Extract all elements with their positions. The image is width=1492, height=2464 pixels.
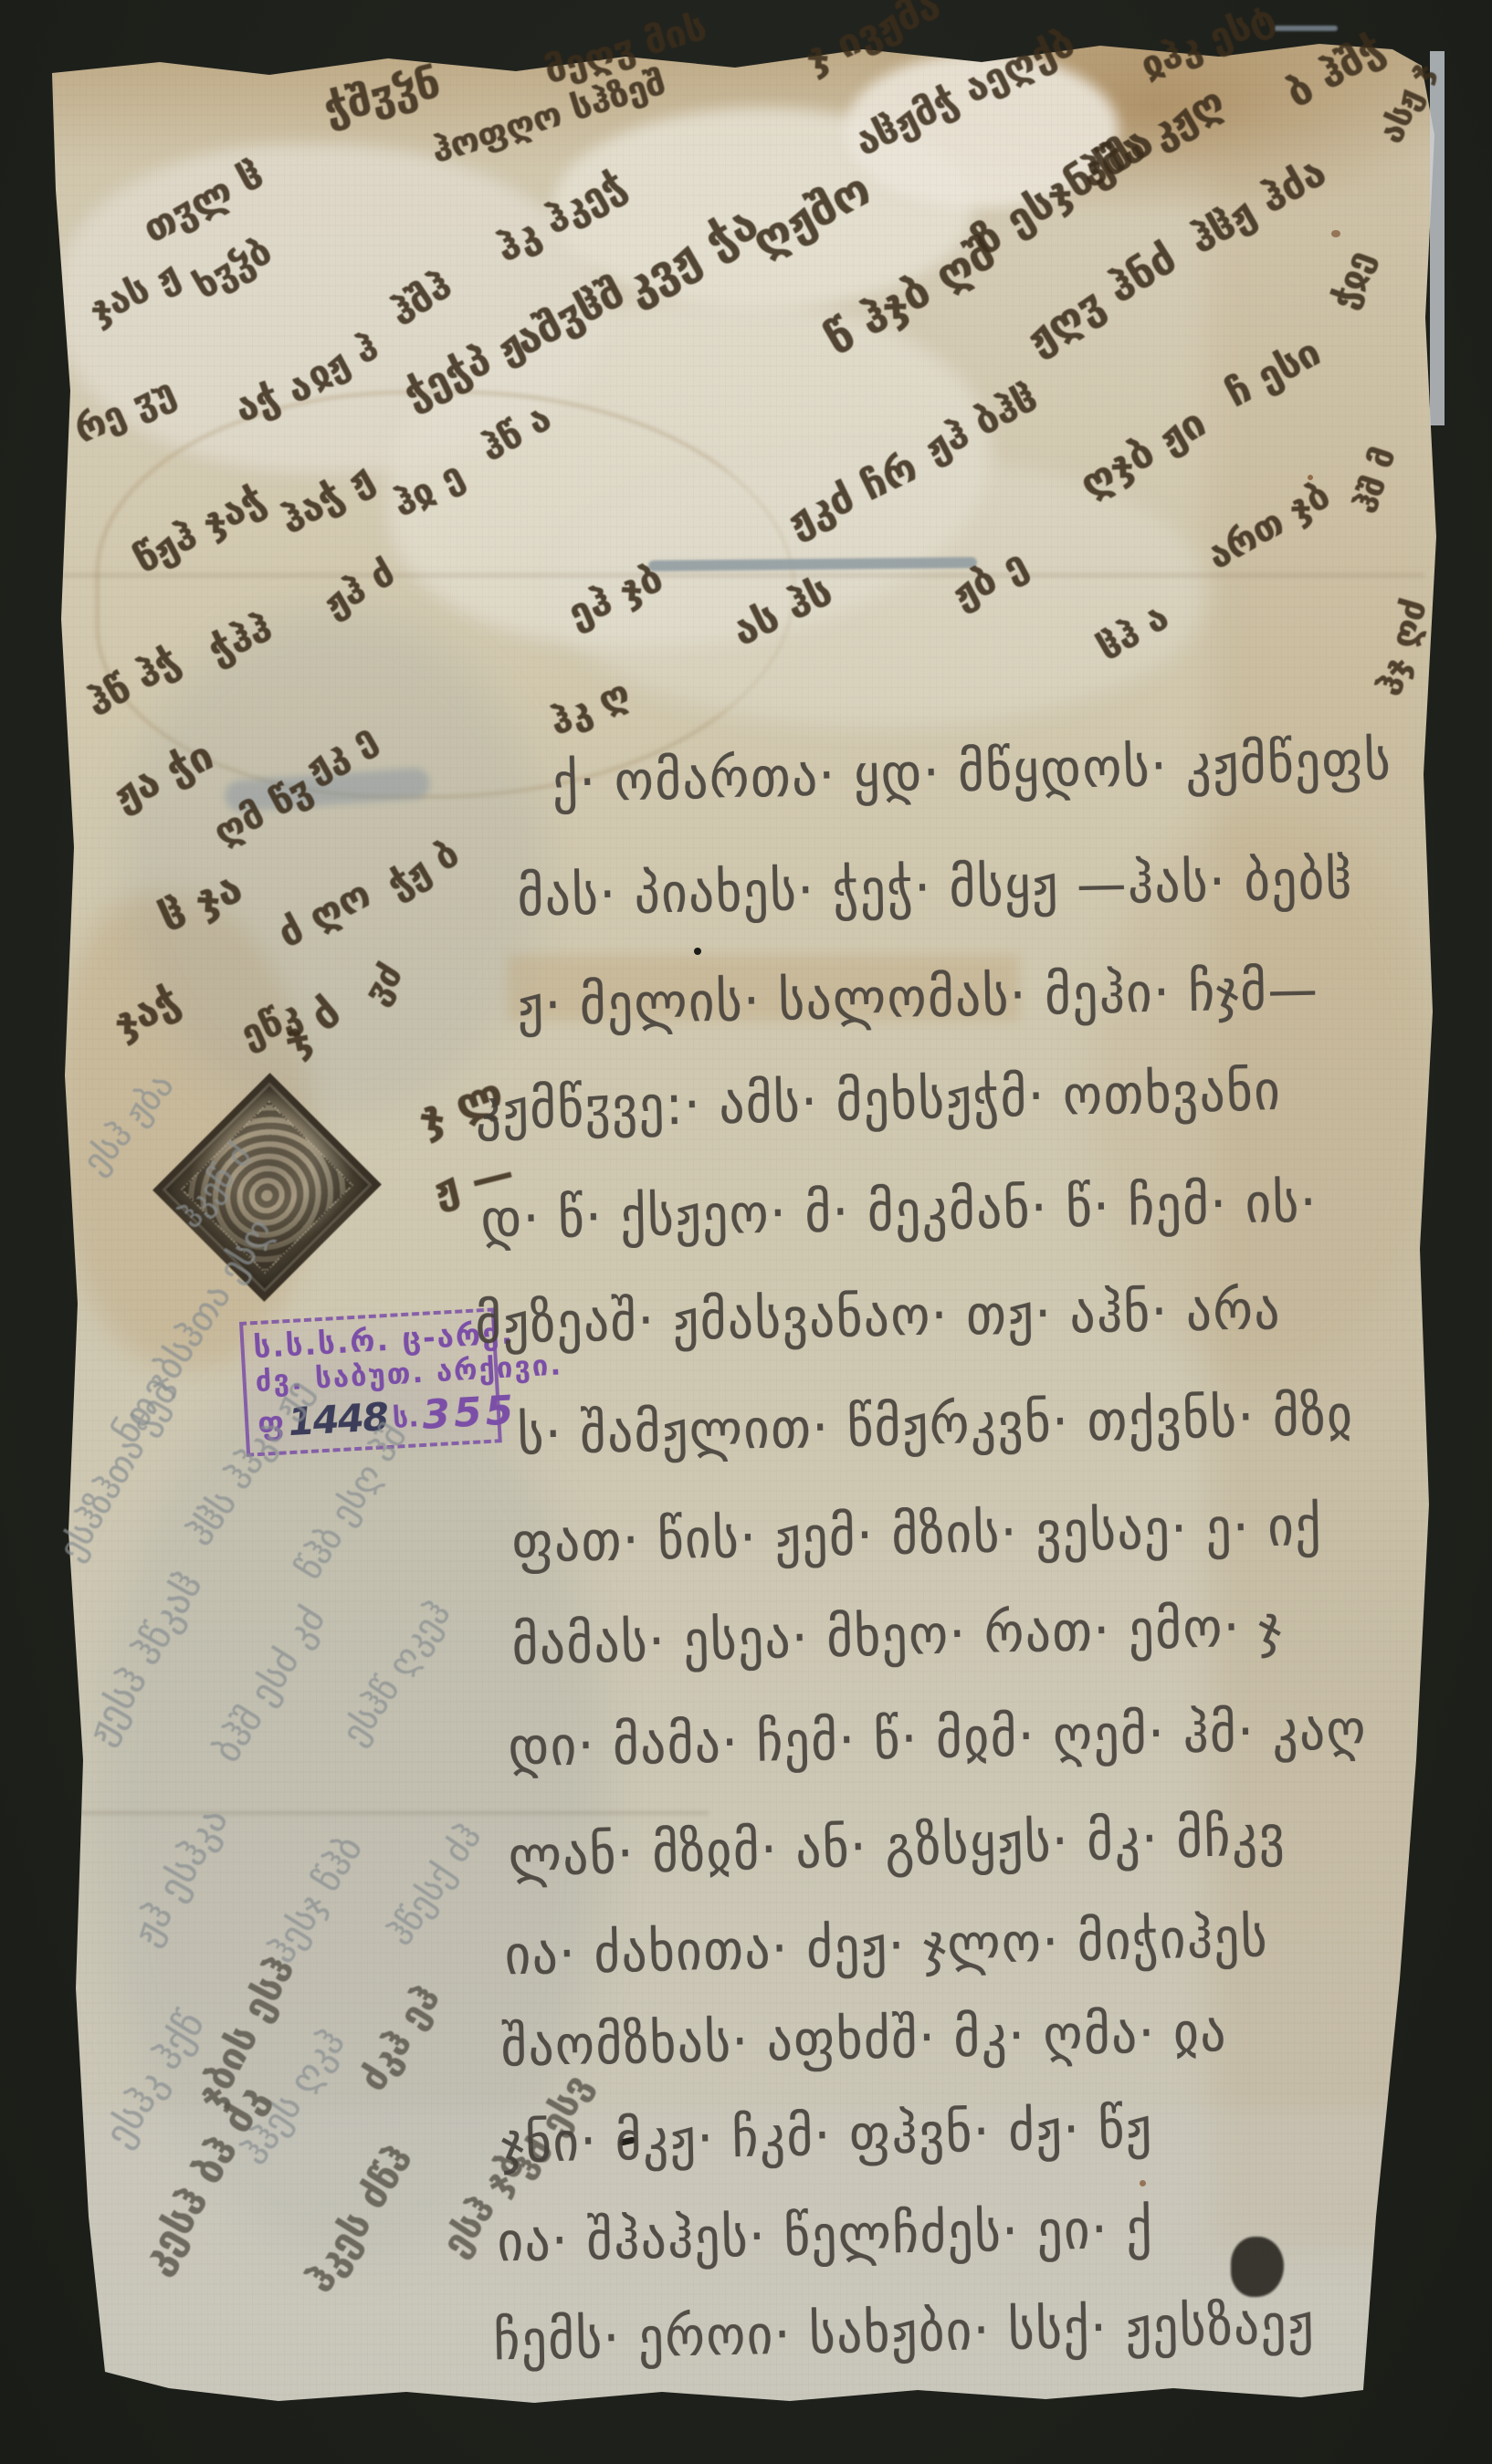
scanned-manuscript-photo: ს.ს.ს.რ. ც-არქ. ძვ. საბუთ. არქივი. ფ 144… [0, 0, 1492, 2464]
film-grain-overlay [0, 0, 1492, 2464]
